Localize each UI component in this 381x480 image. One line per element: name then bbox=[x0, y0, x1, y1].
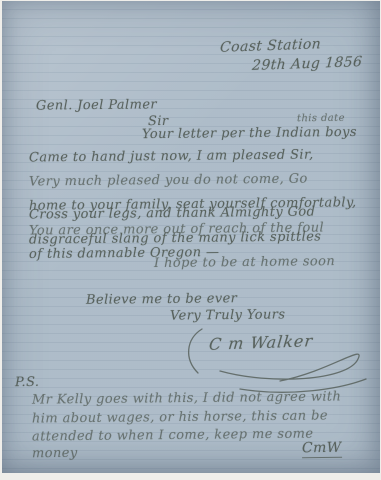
postscript-line: Mr Kelly goes with this, I did not agree… bbox=[32, 390, 341, 408]
letter-paper: Coast Station 29th Aug 1856 Genl. Joel P… bbox=[2, 1, 380, 473]
salutation-recipient: Genl. Joel Palmer bbox=[36, 98, 157, 114]
body-line: Very much pleased you do not come, Go bbox=[29, 173, 308, 190]
interlinear-annotation: this date bbox=[297, 113, 345, 125]
postscript-label: P.S. bbox=[15, 376, 40, 391]
scanned-letter-page: { "document": { "kind": "handwritten let… bbox=[0, 0, 381, 480]
closing-line: Believe me to be ever bbox=[86, 292, 237, 308]
postscript-initials: CmW bbox=[302, 441, 342, 459]
letterhead-place: Coast Station bbox=[219, 37, 321, 56]
body-line: Your letter per the Indian boys bbox=[142, 126, 357, 143]
body-line: I hope to be at home soon bbox=[154, 255, 335, 271]
letterhead-date: 29th Aug 1856 bbox=[251, 55, 362, 74]
postscript-line: attended to when I come, keep me some bbox=[32, 428, 314, 445]
body-line: Came to hand just now, I am pleased Sir, bbox=[29, 149, 314, 166]
postscript-line: him about wages, or his horse, this can … bbox=[32, 409, 328, 426]
signature: C m Walker bbox=[208, 332, 314, 353]
closing-line: Very Truly Yours bbox=[170, 308, 286, 324]
postscript-line: money bbox=[32, 447, 78, 462]
